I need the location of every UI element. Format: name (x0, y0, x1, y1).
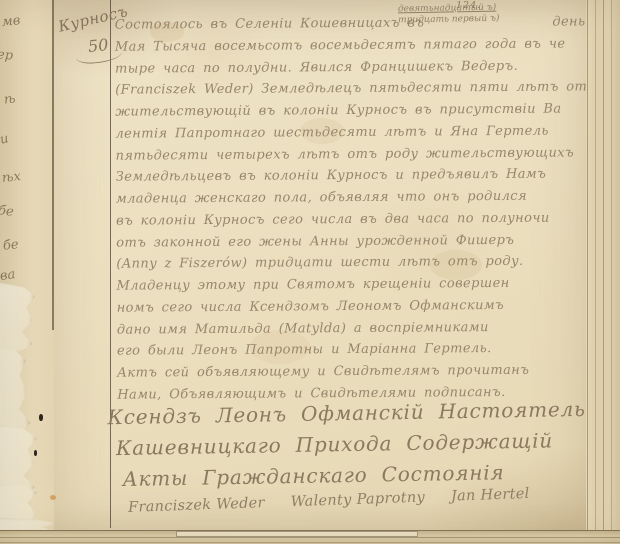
body-line: Актъ сей объявляющему и Свидѣтелямъ проч… (117, 359, 591, 384)
edge-fragment: ер (0, 47, 14, 63)
page-fold-rule (52, 0, 54, 330)
page-stack-sliver (176, 531, 418, 537)
body-line: въ колоніи Курносъ сего числа въ два час… (116, 207, 590, 232)
body-line: младенца женскаго пола, объявляя что онъ… (116, 185, 590, 210)
edge-fragment: бе (2, 237, 19, 254)
edge-fragment: ва (0, 267, 16, 284)
ink-speck (39, 414, 43, 421)
body-line: лентія Папротнаго шестьдесяти лѣтъ и Яна… (115, 120, 589, 145)
torn-paper-piece (0, 282, 36, 354)
page-edge-line (611, 0, 612, 532)
page-edge-line (595, 0, 596, 532)
body-line: жительствующій въ колоніи Курносъ въ при… (115, 98, 589, 123)
edge-fragment: и (0, 131, 10, 147)
edge-fragment: мв (1, 13, 21, 30)
page-edge-line (587, 0, 588, 532)
archive-book-scan: мв ер ѣ и ѣх бе бе ва ма о х ж Курносъ 5… (0, 0, 620, 544)
page-edge-line (603, 0, 604, 532)
priest-signature-block: Ксендзъ Леонъ Офманскій Настоятель Кашев… (107, 394, 591, 495)
page-stack-line (0, 537, 620, 538)
opening-phrase: Состоялось въ Селеніи Кошевницахъ въ (115, 12, 425, 36)
page-stack-line (0, 542, 620, 543)
body-line: (Anny z Fiszerów) тридцати шести лѣтъ от… (116, 251, 590, 276)
edge-fragment: ѣх (1, 169, 21, 186)
edge-fragment: ѣ (3, 91, 16, 107)
day-word: день (552, 11, 585, 33)
ink-speck (34, 450, 37, 456)
witness-name: Jan Hertel (451, 486, 530, 505)
record-body-text: Состоялось въ Селеніи Кошевницахъ въ ден… (115, 11, 592, 406)
edge-fragment: бе (0, 203, 14, 220)
date-insert-gap (424, 26, 552, 27)
body-line: Мая Тысяча восемьсотъ восемьдесятъ пятаг… (115, 33, 589, 58)
